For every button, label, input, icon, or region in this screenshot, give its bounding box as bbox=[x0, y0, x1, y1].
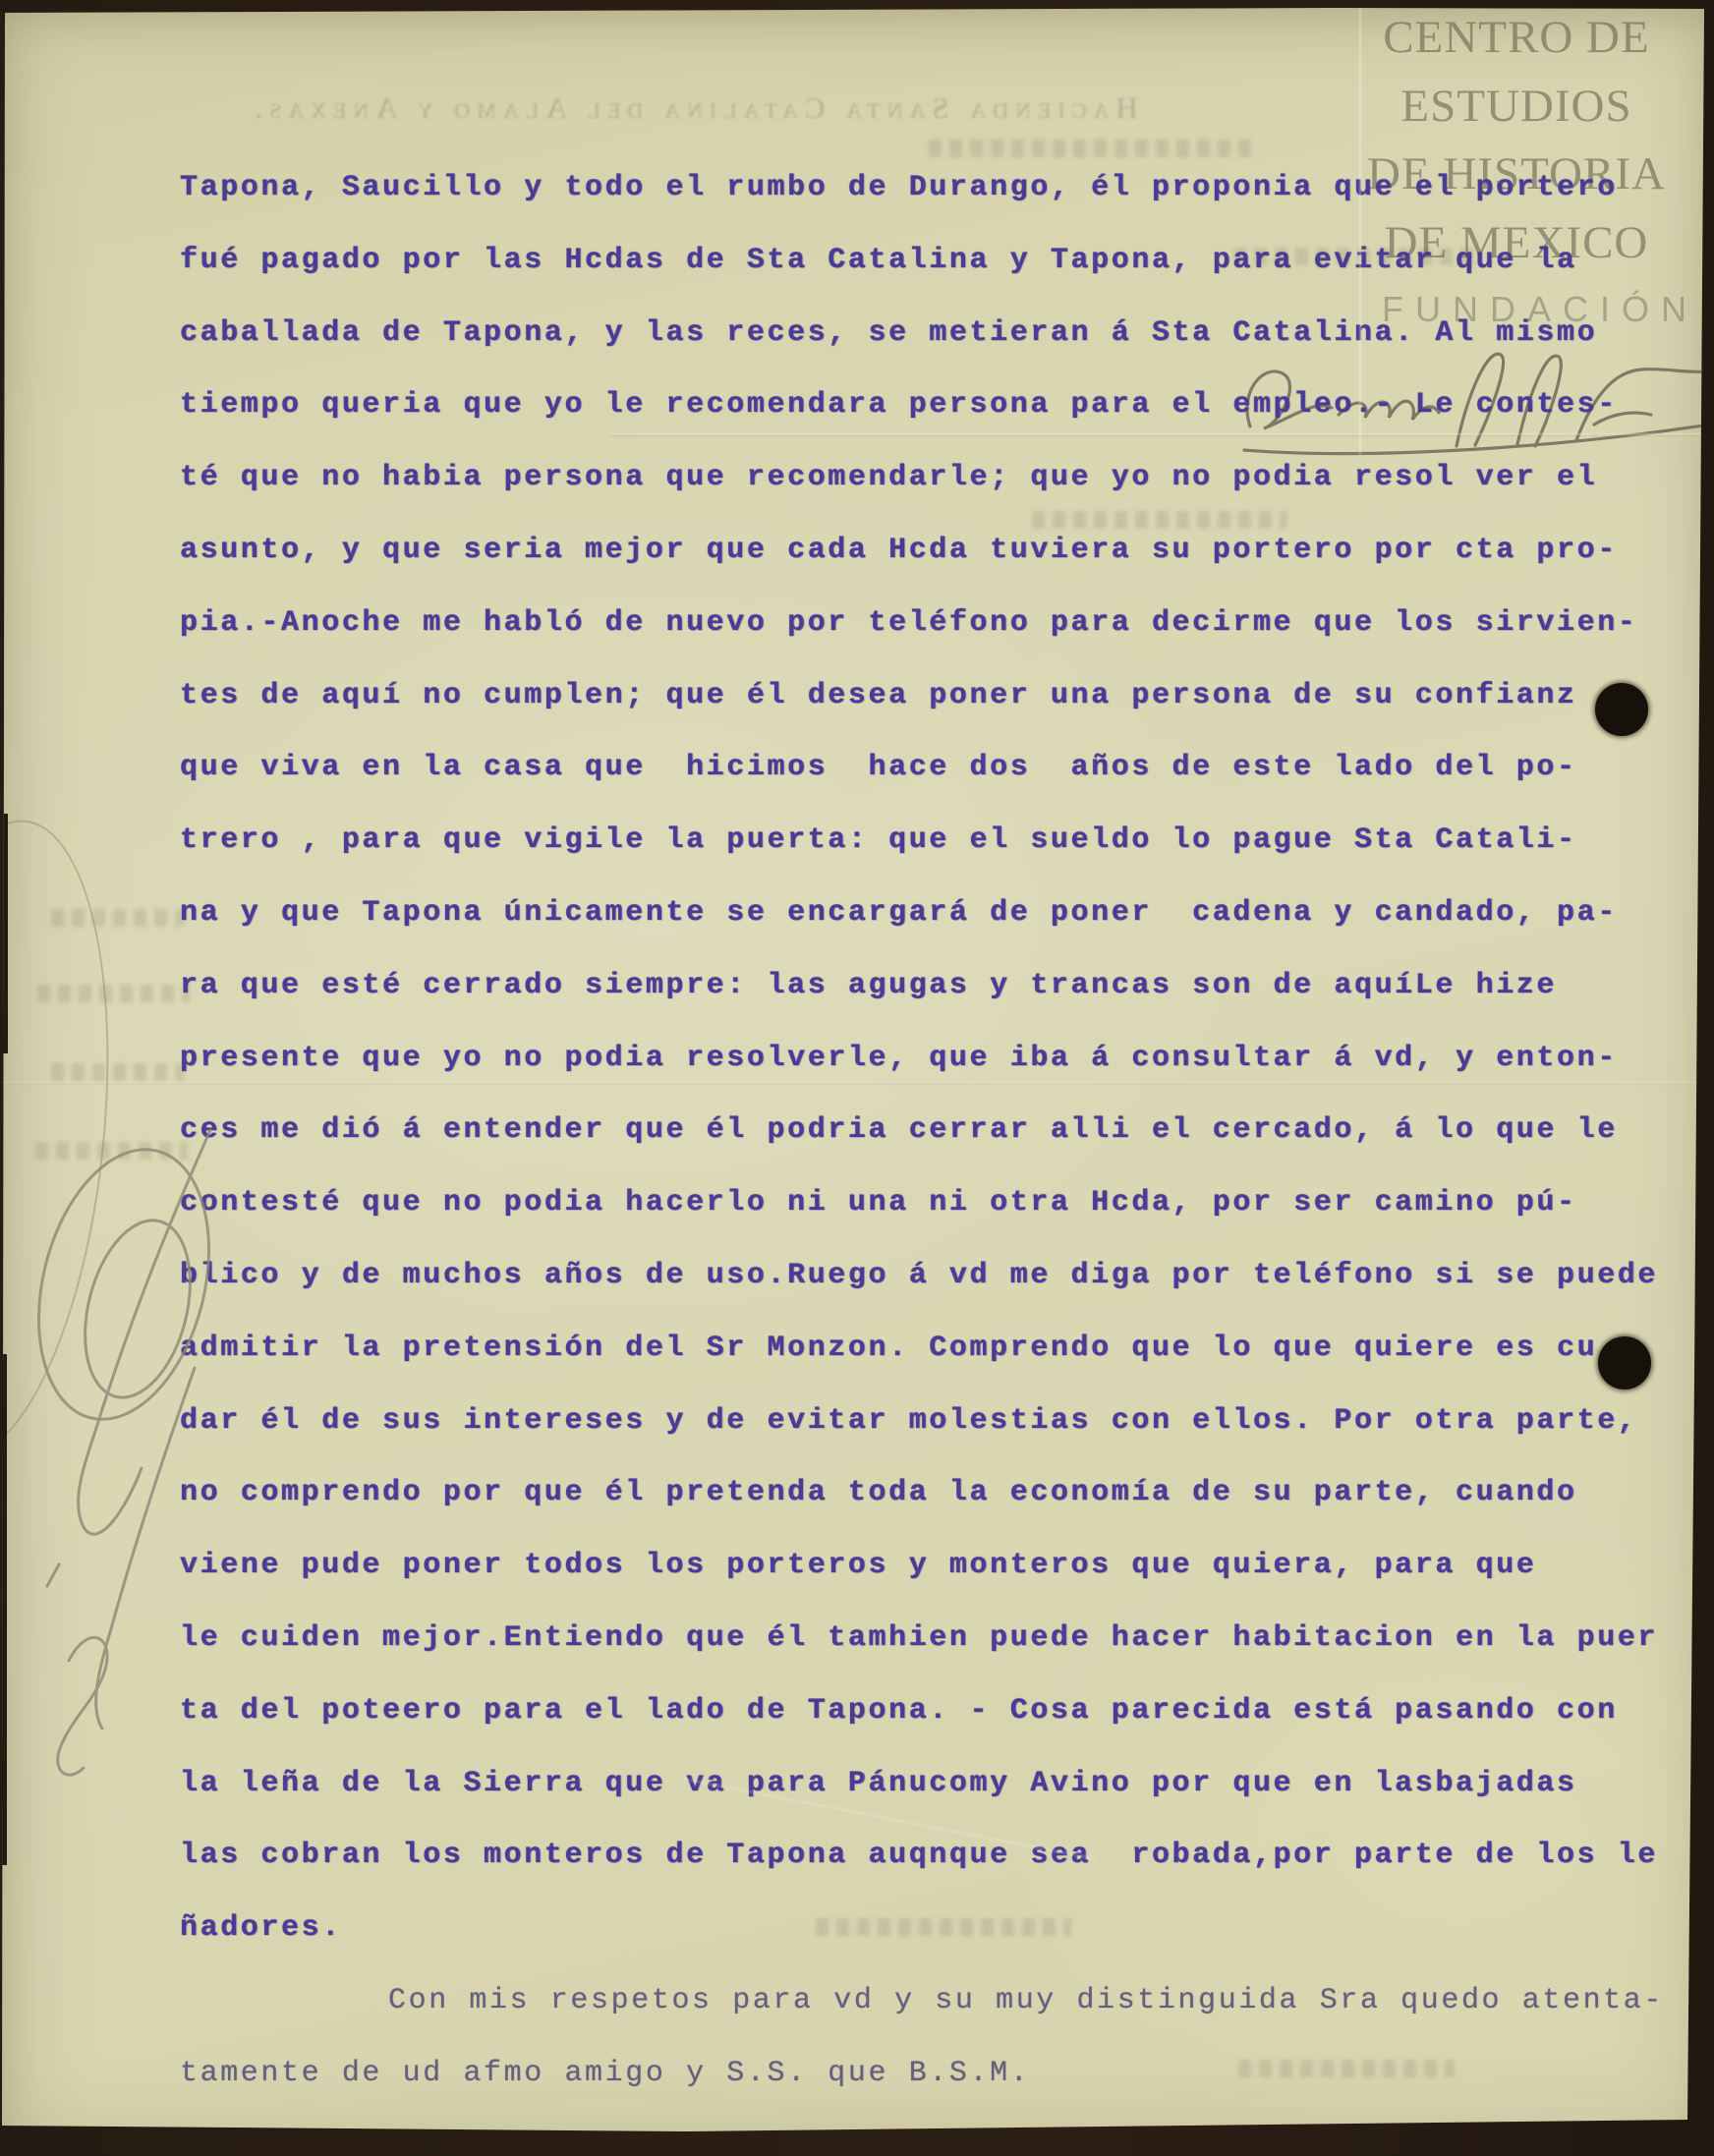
letter-line: no comprendo por que él pretenda toda la… bbox=[180, 1457, 1684, 1530]
letter-line: dar él de sus intereses y de evitar mole… bbox=[180, 1386, 1684, 1458]
letter-line: tes de aquí no cumplen; que él desea pon… bbox=[180, 660, 1684, 733]
letter-line: la leña de la Sierra que va para Pánucom… bbox=[180, 1748, 1684, 1821]
pencil-scrawl bbox=[8, 1073, 242, 1859]
letter-line: Con mis respetos para vd y su muy distin… bbox=[180, 1965, 1684, 2038]
letter-line: viene pude poner todos los porteros y mo… bbox=[180, 1530, 1684, 1603]
scan-edge bbox=[0, 814, 8, 1053]
letter-line: na y que Tapona únicamente se encargará … bbox=[180, 878, 1684, 950]
watermark-line: ESTUDIOS bbox=[1344, 73, 1688, 142]
letter-line: contesté que no podia hacerlo ni una ni … bbox=[180, 1167, 1684, 1240]
letter-line: Tapona, Saucillo y todo el rumbo de Dura… bbox=[180, 152, 1684, 225]
letter-line: le cuiden mejor.Entiendo que él tamhien … bbox=[180, 1603, 1684, 1675]
punch-hole-icon bbox=[1598, 1336, 1651, 1390]
letter-line: té que no habia persona que recomendarle… bbox=[180, 442, 1684, 515]
letter-line: las cobran los monteros de Tapona auqnqu… bbox=[180, 1820, 1684, 1893]
punch-hole-icon bbox=[1595, 683, 1648, 736]
letter-line: asunto, y que seria mejor que cada Hcda … bbox=[180, 515, 1684, 588]
letter-line: pia.-Anoche me habló de nuevo por teléfo… bbox=[180, 588, 1684, 660]
letter-line: ra que esté cerrado siempre: las agugas … bbox=[180, 950, 1684, 1023]
bleedthrough-letterhead: Hacienda Santa Catalina del Alamo y Anex… bbox=[201, 90, 1184, 126]
letter-line: que viva en la casa que hicimos hace dos… bbox=[180, 732, 1684, 805]
letter-line: ta del poteero para el lado de Tapona. -… bbox=[180, 1675, 1684, 1748]
letter-line: tiempo queria que yo le recomendara pers… bbox=[180, 369, 1684, 442]
letter-line: caballada de Tapona, y las reces, se met… bbox=[180, 298, 1684, 370]
letter-line: ces me dió á entender que él podria cerr… bbox=[180, 1095, 1684, 1167]
letter-line: blico y de muchos años de uso.Ruego á vd… bbox=[180, 1240, 1684, 1313]
letter-line: trero , para que vigile la puerta: que e… bbox=[180, 805, 1684, 878]
fold-crease bbox=[1359, 8, 1361, 455]
watermark-line: CENTRO DE bbox=[1344, 4, 1688, 73]
letter-line: admitir la pretensión del Sr Monzon. Com… bbox=[180, 1313, 1684, 1386]
letter-body: Tapona, Saucillo y todo el rumbo de Dura… bbox=[180, 152, 1684, 2111]
scan-edge bbox=[0, 1354, 7, 1865]
scanned-letter-page: Hacienda Santa Catalina del Alamo y Anex… bbox=[0, 0, 1714, 2156]
letter-line: fué pagado por las Hcdas de Sta Catalina… bbox=[180, 225, 1684, 298]
paper: Hacienda Santa Catalina del Alamo y Anex… bbox=[0, 0, 1714, 2156]
letter-line: ñadores. bbox=[180, 1893, 1684, 1965]
fold-crease bbox=[609, 433, 1714, 436]
letter-line: tamente de ud afmo amigo y S.S. que B.S.… bbox=[180, 2038, 1684, 2111]
fold-crease bbox=[0, 1082, 1714, 1085]
